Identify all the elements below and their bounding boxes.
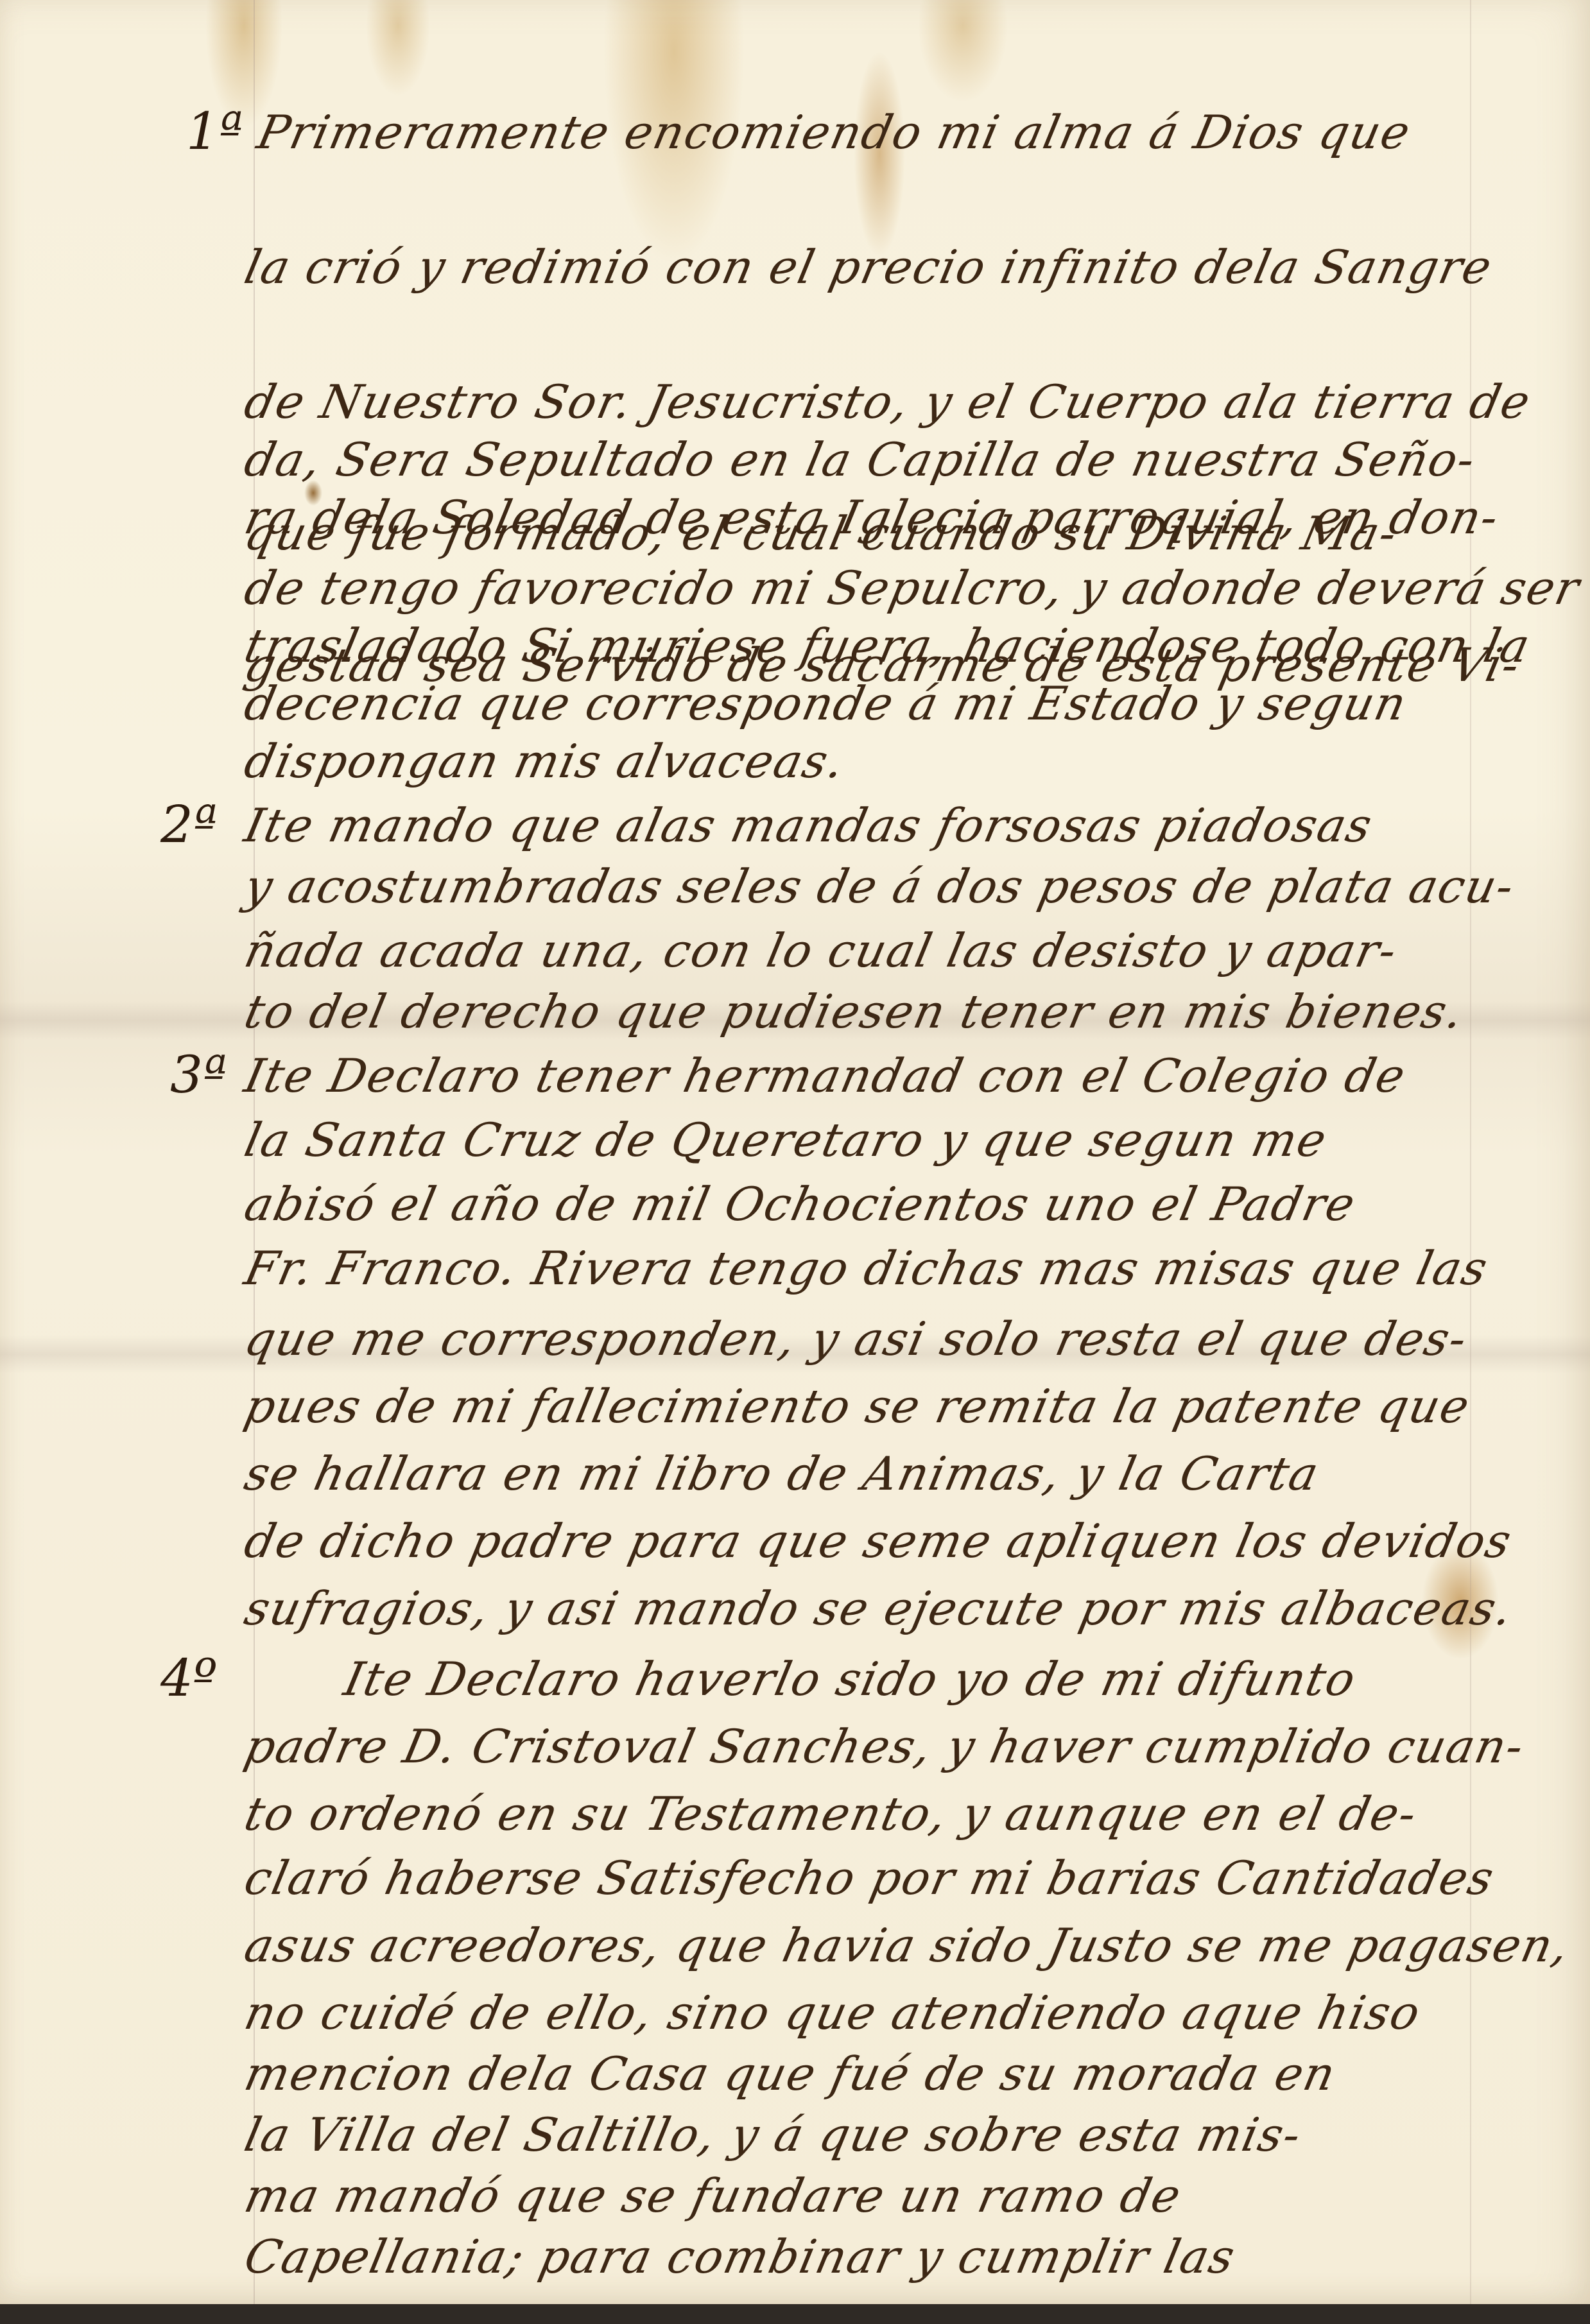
text-line: trasladado Si muriese fuera, haciendose … (241, 623, 1535, 669)
manuscript-page: 1ª Primeramente encomiendo mi alma á Dio… (0, 0, 1590, 2311)
text-line: ma mandó que se fundare un ramo de (241, 2173, 1186, 2219)
text-line: se hallara en mi libro de Animas, y la C… (241, 1450, 1324, 1497)
text-line: ñada acada una, con lo cual las desisto … (241, 927, 1402, 974)
text-line: la Santa Cruz de Queretaro y que segun m… (241, 1117, 1331, 1163)
text-line: que me corresponden, y asi solo resta el… (241, 1316, 1472, 1362)
text-line: dispongan mis alvaceas. (241, 738, 849, 784)
text-line: de dicho padre para que seme apliquen lo… (241, 1518, 1516, 1564)
text-line: de tengo favorecido mi Sepulcro, y adond… (241, 565, 1584, 611)
text-line: ra dela Soledad de esta Iglecia parroqui… (241, 494, 1503, 540)
text-line: abisó el año de mil Ochocientos uno el P… (241, 1181, 1360, 1227)
clause-number: 3ª (170, 1049, 227, 1101)
text-line: to del derecho que pudiesen tener en mis… (241, 988, 1468, 1035)
text-line: Primeramente encomiendo mi alma á Dios q… (254, 109, 1415, 155)
text-line: Ite mando que alas mandas forsosas piado… (241, 802, 1377, 848)
text-line: mencion dela Casa que fué de su morada e… (241, 2051, 1340, 2097)
text-line: la Villa del Saltillo, y á que sobre est… (241, 2112, 1306, 2158)
text-line: Ite Declaro tener hermandad con el Coleg… (241, 1053, 1410, 1099)
text-line: la crió y redimió con el precio infinito… (241, 244, 1496, 290)
text-line: da, Sera Sepultado en la Capilla de nues… (241, 436, 1480, 483)
text-line: no cuidé de ello, sino que atendiendo aq… (241, 1990, 1425, 2036)
text-line: de Nuestro Sor. Jesucristo, y el Cuerpo … (241, 379, 1535, 425)
text-line: to ordenó en su Testamento, y aunque en … (241, 1791, 1421, 1837)
text-line: Capellania; para combinar y cumplir las (241, 2234, 1240, 2280)
text-line: Fr. Franco. Rivera tengo dichas mas misa… (241, 1245, 1492, 1291)
text-line: asus acreedores, que havia sido Justo se… (241, 1922, 1574, 1968)
text-line: claró haberse Satisfecho por mi barias C… (241, 1855, 1499, 1901)
scan-background (0, 2304, 1590, 2324)
clause-number: 4º (160, 1653, 218, 1704)
text-line: sufragios, y asi mando se ejecute por mi… (241, 1585, 1517, 1631)
text-line: Ite Declaro haverlo sido yo de mi difunt… (340, 1656, 1360, 1702)
clause-number: 1ª (186, 106, 243, 157)
text-line: pues de mi fallecimiento se remita la pa… (241, 1383, 1474, 1429)
text-line: y acostumbradas seles de á dos pesos de … (241, 863, 1519, 909)
text-line: decencia que corresponde á mi Estado y s… (241, 680, 1412, 727)
text-line: padre D. Cristoval Sanches, y haver cump… (241, 1723, 1528, 1769)
clause-number: 2ª (160, 799, 218, 850)
